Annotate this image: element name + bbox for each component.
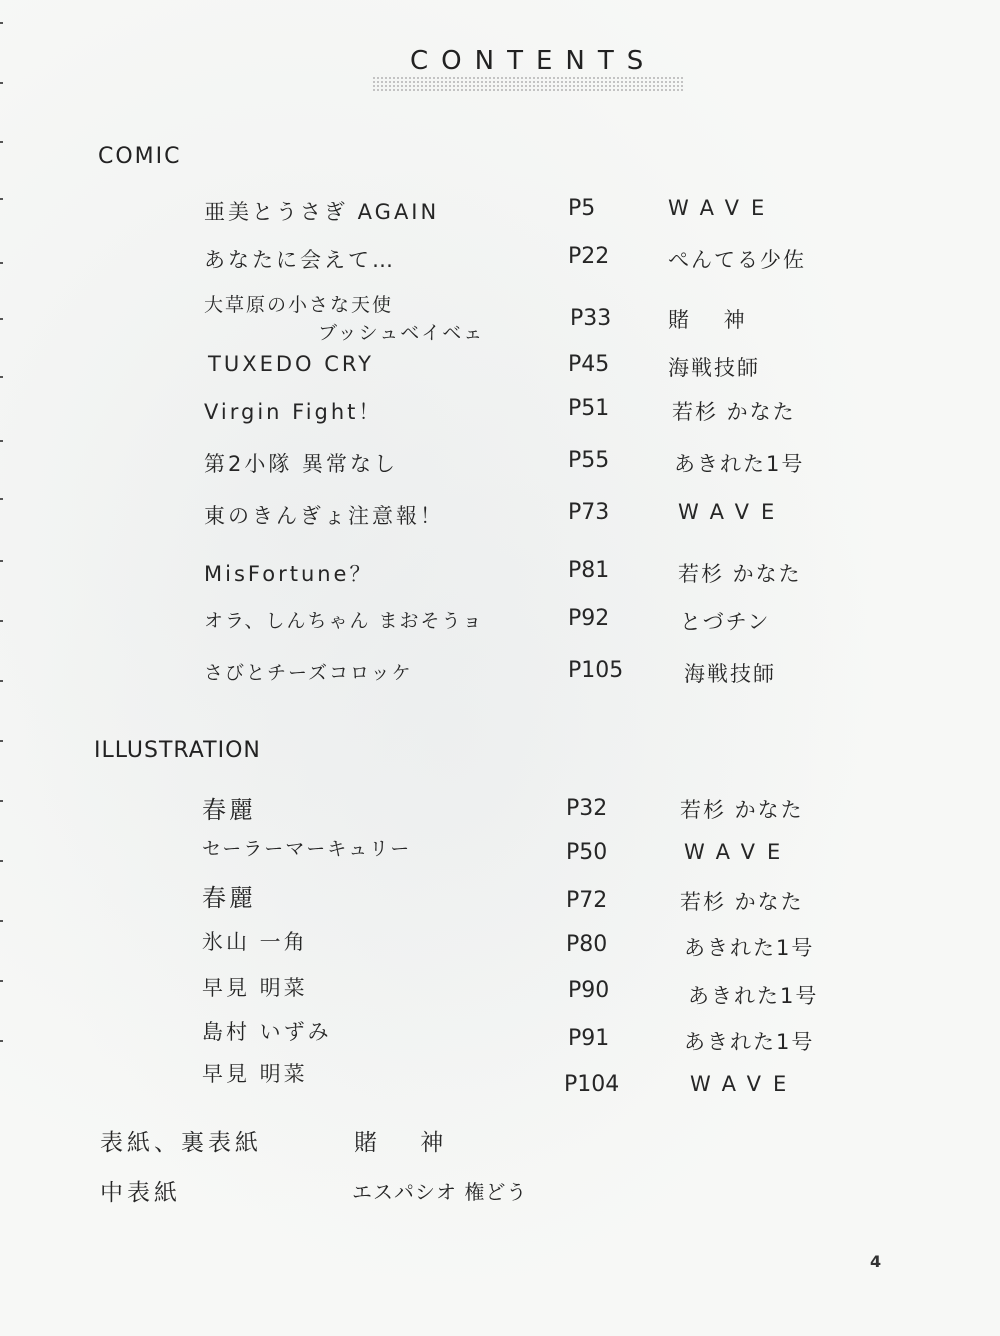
entry-page: P105	[568, 658, 623, 683]
comic-entry: 第2小隊 異常なし P55 あきれた1号	[0, 448, 1000, 482]
entry-page: P91	[568, 1026, 609, 1051]
entry-author: 若杉 かなた	[672, 396, 796, 426]
comic-entry: さびとチーズコロッケ P105 海戦技師	[0, 658, 1000, 692]
entry-title: 島村 いずみ	[202, 1016, 332, 1046]
entry-author: 海戦技師	[668, 352, 760, 382]
entry-title: TUXEDO CRY	[208, 352, 374, 376]
comic-entry: オラ、しんちゃん まおそうョ P92 とづチン	[0, 606, 1000, 640]
entry-title-line2: ブッシュベイベェ	[318, 318, 484, 345]
entry-author: WAVE	[668, 196, 776, 220]
entry-author: 若杉 かなた	[680, 886, 804, 916]
entry-author: あきれた1号	[684, 932, 814, 962]
entry-author: ぺんてる少佐	[668, 244, 806, 274]
illustration-entry: 春麗 P32 若杉 かなた	[0, 790, 1000, 824]
entry-title: 氷山 一角	[202, 926, 308, 956]
illustration-entry: 春麗 P72 若杉 かなた	[0, 878, 1000, 912]
entry-page: P73	[568, 500, 609, 525]
entry-page: P22	[568, 244, 609, 269]
entry-title: あなたに会えて…	[204, 244, 396, 274]
entry-page: P104	[564, 1072, 619, 1097]
inner-cover-credit-name: エスパシオ 権どう	[352, 1176, 527, 1205]
entry-page: P33	[570, 306, 611, 331]
entry-page: P32	[566, 796, 607, 821]
entry-author: とづチン	[680, 606, 771, 636]
entry-author: 海戦技師	[684, 658, 776, 688]
comic-entry: 亜美とうさぎ AGAIN P5 WAVE	[0, 196, 1000, 230]
entry-title: セーラーマーキュリー	[202, 834, 411, 861]
cover-credit-name: 賭 神	[354, 1124, 461, 1157]
comic-entry: 東のきんぎょ注意報！ P73 WAVE	[0, 500, 1000, 534]
entry-title: オラ、しんちゃん まおそうョ	[204, 606, 484, 633]
page-number: 4	[870, 1252, 881, 1271]
illustration-entry: セーラーマーキュリー P50 WAVE	[0, 834, 1000, 868]
entry-author: あきれた1号	[684, 1026, 814, 1056]
entry-page: P81	[568, 558, 609, 583]
entry-title: 早見 明菜	[202, 1058, 308, 1088]
comic-entry: MisFortune？ P81 若杉 かなた	[0, 558, 1000, 592]
entry-title: 第2小隊 異常なし	[204, 448, 398, 478]
entry-title: さびとチーズコロッケ	[204, 658, 413, 685]
entry-title: 東のきんぎょ注意報！	[204, 500, 444, 530]
entry-author: 若杉 かなた	[680, 794, 804, 824]
cover-credit-label: 表紙、裏表紙	[100, 1124, 262, 1157]
illustration-entry: 早見 明菜 P90 あきれた1号	[0, 972, 1000, 1006]
comic-section-heading: COMIC	[98, 144, 182, 169]
entry-page: P50	[566, 840, 607, 865]
entry-page: P80	[566, 932, 607, 957]
entry-title: 早見 明菜	[202, 972, 308, 1002]
entry-title: 大草原の小さな天使	[204, 290, 393, 317]
entry-page: P90	[568, 978, 609, 1003]
entry-author: あきれた1号	[674, 448, 804, 478]
title-screentone-underline	[372, 76, 684, 92]
entry-author: WAVE	[678, 500, 786, 524]
entry-author: 若杉 かなた	[678, 558, 802, 588]
entry-page: P92	[568, 606, 609, 631]
comic-entry: TUXEDO CRY P45 海戦技師	[0, 352, 1000, 386]
entry-page: P5	[568, 196, 595, 221]
entry-title: 亜美とうさぎ AGAIN	[204, 196, 439, 226]
entry-author: あきれた1号	[688, 980, 818, 1010]
illustration-entry: 早見 明菜 P104 WAVE	[0, 1058, 1000, 1092]
comic-entry: 大草原の小さな天使 ブッシュベイベェ P33 賭 神	[0, 290, 1000, 350]
page-title: CONTENTS	[410, 46, 656, 76]
inner-cover-credit-label: 中表紙	[100, 1174, 181, 1207]
entry-page: P72	[566, 888, 607, 913]
illustration-entry: 島村 いずみ P91 あきれた1号	[0, 1016, 1000, 1050]
entry-author: WAVE	[684, 840, 792, 864]
entry-page: P51	[568, 396, 609, 421]
entry-page: P55	[568, 448, 609, 473]
comic-entry: あなたに会えて… P22 ぺんてる少佐	[0, 244, 1000, 278]
entry-author: 賭 神	[668, 304, 759, 334]
entry-title: MisFortune？	[204, 558, 373, 588]
entry-author: WAVE	[690, 1072, 798, 1096]
entry-title: Virgin Fight！	[204, 396, 382, 426]
comic-entry: Virgin Fight！ P51 若杉 かなた	[0, 396, 1000, 430]
entry-title: 春麗	[202, 878, 256, 913]
entry-title: 春麗	[202, 790, 256, 825]
illustration-section-heading: ILLUSTRATION	[94, 738, 261, 763]
illustration-entry: 氷山 一角 P80 あきれた1号	[0, 926, 1000, 960]
entry-page: P45	[568, 352, 609, 377]
